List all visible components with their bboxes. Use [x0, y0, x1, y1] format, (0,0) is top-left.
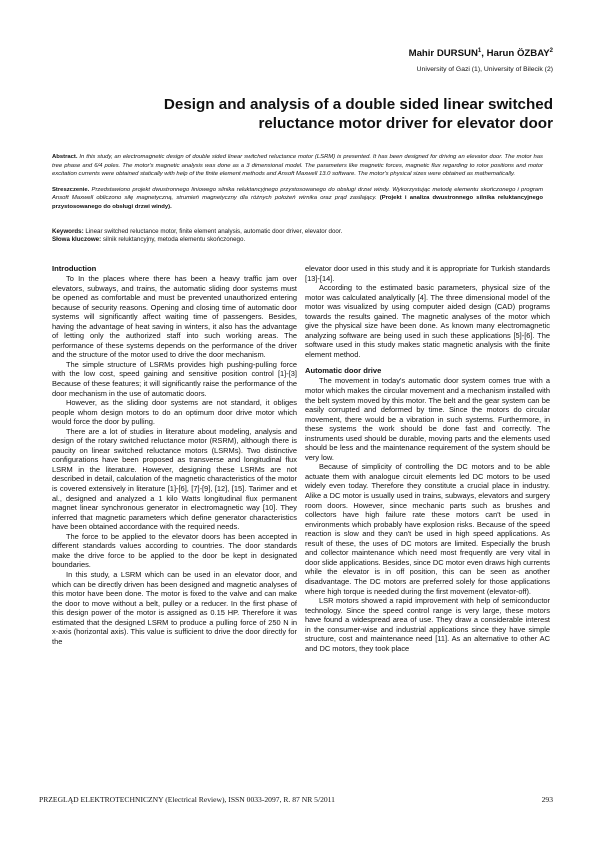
author-1: Mahir DURSUN — [409, 48, 478, 59]
keywords-pl-label: Słowa kluczowe: — [52, 236, 101, 243]
abstract: Abstract. In this study, an electromagne… — [52, 153, 543, 179]
title-line-2: reluctance motor driver for elevator doo… — [93, 114, 553, 133]
abstract-label: Abstract. — [52, 154, 78, 160]
author-2: Harun ÖZBAY — [487, 48, 550, 59]
paragraph: LSR motors showed a rapid improvement wi… — [305, 596, 550, 653]
abstract-section: Abstract. In this study, an electromagne… — [52, 153, 543, 219]
paragraph: According to the estimated basic paramet… — [305, 283, 550, 359]
page-number: 293 — [542, 795, 553, 804]
journal-footer: PRZEGLĄD ELEKTROTECHNICZNY (Electrical R… — [39, 795, 335, 804]
streszczenie-label: Streszczenie. — [52, 187, 89, 193]
keywords-pl-text: silnik reluktancyjny, metoda elementu sk… — [101, 236, 245, 243]
streszczenie: Streszczenie. Przedstawiono projekt dwus… — [52, 186, 543, 212]
keywords: Keywords: Linear switched reluctance mot… — [52, 228, 543, 236]
paragraph: However, as the sliding door systems are… — [52, 398, 297, 427]
abstract-text: In this study, an electromagnetic design… — [52, 154, 543, 177]
right-column: elevator door used in this study and it … — [305, 264, 550, 653]
section-heading-introduction: Introduction — [52, 264, 297, 274]
paragraph: There are a lot of studies in literature… — [52, 427, 297, 532]
paper-title: Design and analysis of a double sided li… — [93, 95, 553, 133]
section-heading-automatic-door-drive: Automatic door drive — [305, 366, 550, 376]
author-2-affil: 2 — [550, 48, 553, 54]
paragraph: Because of simplicity of controlling the… — [305, 462, 550, 596]
paragraph: The movement in today's automatic door s… — [305, 376, 550, 462]
title-line-1: Design and analysis of a double sided li… — [93, 95, 553, 114]
authors: Mahir DURSUN1, Harun ÖZBAY2 — [409, 48, 553, 59]
keywords-label: Keywords: — [52, 228, 84, 235]
paragraph: The force to be applied to the elevator … — [52, 532, 297, 570]
keywords-section: Keywords: Linear switched reluctance mot… — [52, 228, 543, 245]
paragraph: In this study, a LSRM which can be used … — [52, 570, 297, 646]
keywords-pl: Słowa kluczowe: silnik reluktancyjny, me… — [52, 236, 543, 244]
paragraph-continuation: elevator door used in this study and it … — [305, 264, 550, 283]
paragraph: The simple structure of LSRMs provides h… — [52, 360, 297, 398]
affiliations: University of Gazi (1), University of Bi… — [417, 66, 553, 73]
paragraph: To In the places where there has been a … — [52, 274, 297, 360]
left-column: Introduction To In the places where ther… — [52, 264, 297, 646]
keywords-text: Linear switched reluctance motor, finite… — [84, 228, 343, 235]
